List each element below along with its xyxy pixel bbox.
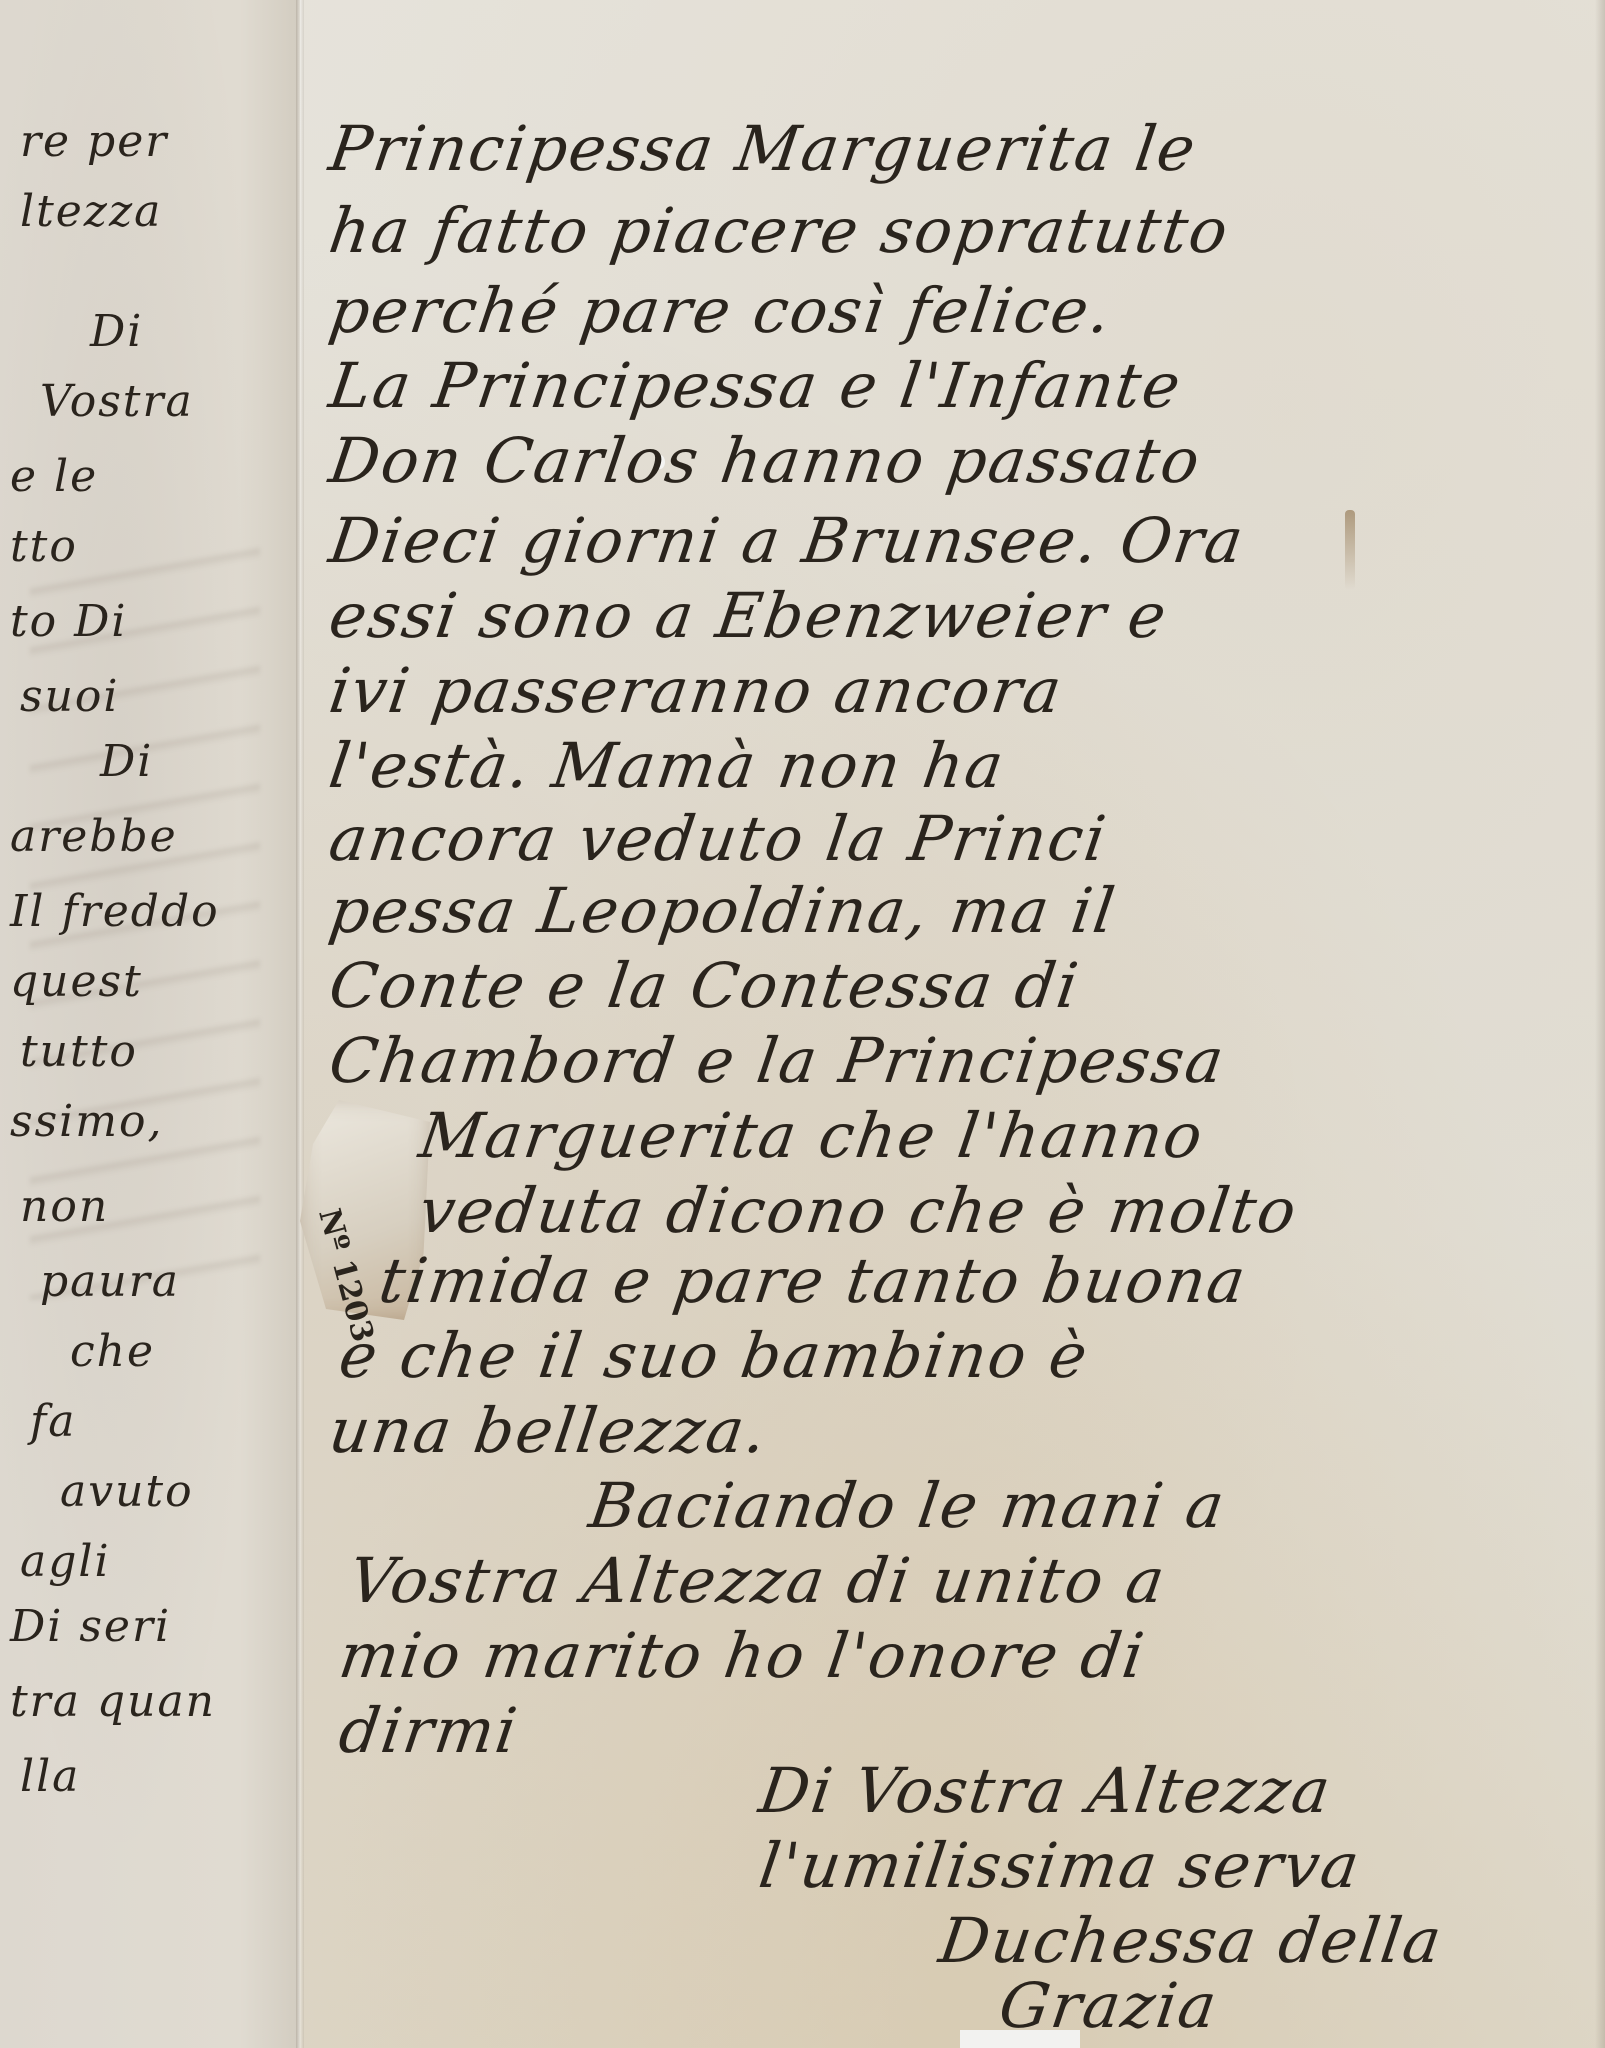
left-fragment-line: fa [30,1400,77,1444]
left-fragment-line: che [70,1330,155,1374]
body-line: Dieci giorni a Brunsee. Ora [326,510,1249,572]
body-line: Marguerita che l'hanno [416,1105,1208,1167]
body-line: ancora veduto la Princi [326,808,1111,870]
body-line: La Principessa e l'Infante [326,355,1186,417]
bottom-tear [960,2030,1080,2048]
letter-sheet: re per ltezza Di Vostra e le tto to Di s… [0,0,1605,2048]
body-line: ivi passeranno ancora [326,660,1067,722]
body-line: e che il suo bambino è [336,1325,1093,1387]
left-fragment-line: to Di [10,600,128,644]
left-fragment-line: arebbe [10,815,178,859]
page-edge [1595,0,1605,2048]
closing-line: Baciando le mani a [586,1475,1230,1537]
closing-line: mio marito ho l'onore di [336,1625,1150,1687]
left-fragment-line: non [20,1185,109,1229]
body-line: Chambord e la Principessa [326,1030,1229,1092]
body-line: veduta dicono che è molto [416,1180,1302,1242]
left-fragment-line: avuto [60,1470,194,1514]
body-line: perché pare così felice. [326,280,1116,342]
signature-line: Di Vostra Altezza [756,1760,1336,1822]
left-fragment-line: re per [20,120,168,164]
left-fragment-line: ssimo, [10,1100,163,1144]
left-fragment-line: suoi [20,675,119,719]
left-fragment-line: Il freddo [10,890,220,934]
left-fragment-line: Di [90,310,143,354]
body-line: timida e pare tanto buona [376,1250,1251,1312]
left-fragment-line: Di [100,740,153,784]
left-fragment-line: lla [20,1755,80,1799]
body-line: una bellezza. [326,1400,772,1462]
left-page-fragment: re per ltezza Di Vostra e le tto to Di s… [0,0,300,2048]
left-fragment-line: Vostra [40,380,194,424]
left-fragment-line: tra quan [10,1680,216,1724]
left-fragment-line: ltezza [20,190,162,234]
left-fragment-line: tutto [20,1030,138,1074]
closing-line: Vostra Altezza di unito a [346,1550,1170,1612]
left-fragment-line: paura [40,1260,180,1304]
body-line: ha fatto piacere sopratutto [326,200,1233,262]
body-line: l'està. Mamà non ha [326,735,1009,797]
left-fragment-line: Di seri [10,1605,171,1649]
page-fold [296,0,304,2048]
signature-line: l'umilissima serva [756,1835,1365,1897]
body-line: Conte e la Contessa di [326,955,1084,1017]
left-fragment-line: quest [10,960,143,1004]
left-fragment-line: agli [20,1540,111,1584]
signature-line: Grazia [996,1975,1222,2037]
left-fragment-line: e le [10,455,98,499]
left-fragment-line: tto [10,525,78,569]
body-line: essi sono a Ebenzweier e [326,585,1172,647]
body-line: Principessa Marguerita le [326,118,1201,180]
body-line: pessa Leopoldina, ma il [326,880,1120,942]
body-line: Don Carlos hanno passato [326,430,1205,492]
ink-stain [1345,510,1355,590]
closing-line: dirmi [336,1700,522,1762]
signature-line: Duchessa della [936,1910,1447,1972]
